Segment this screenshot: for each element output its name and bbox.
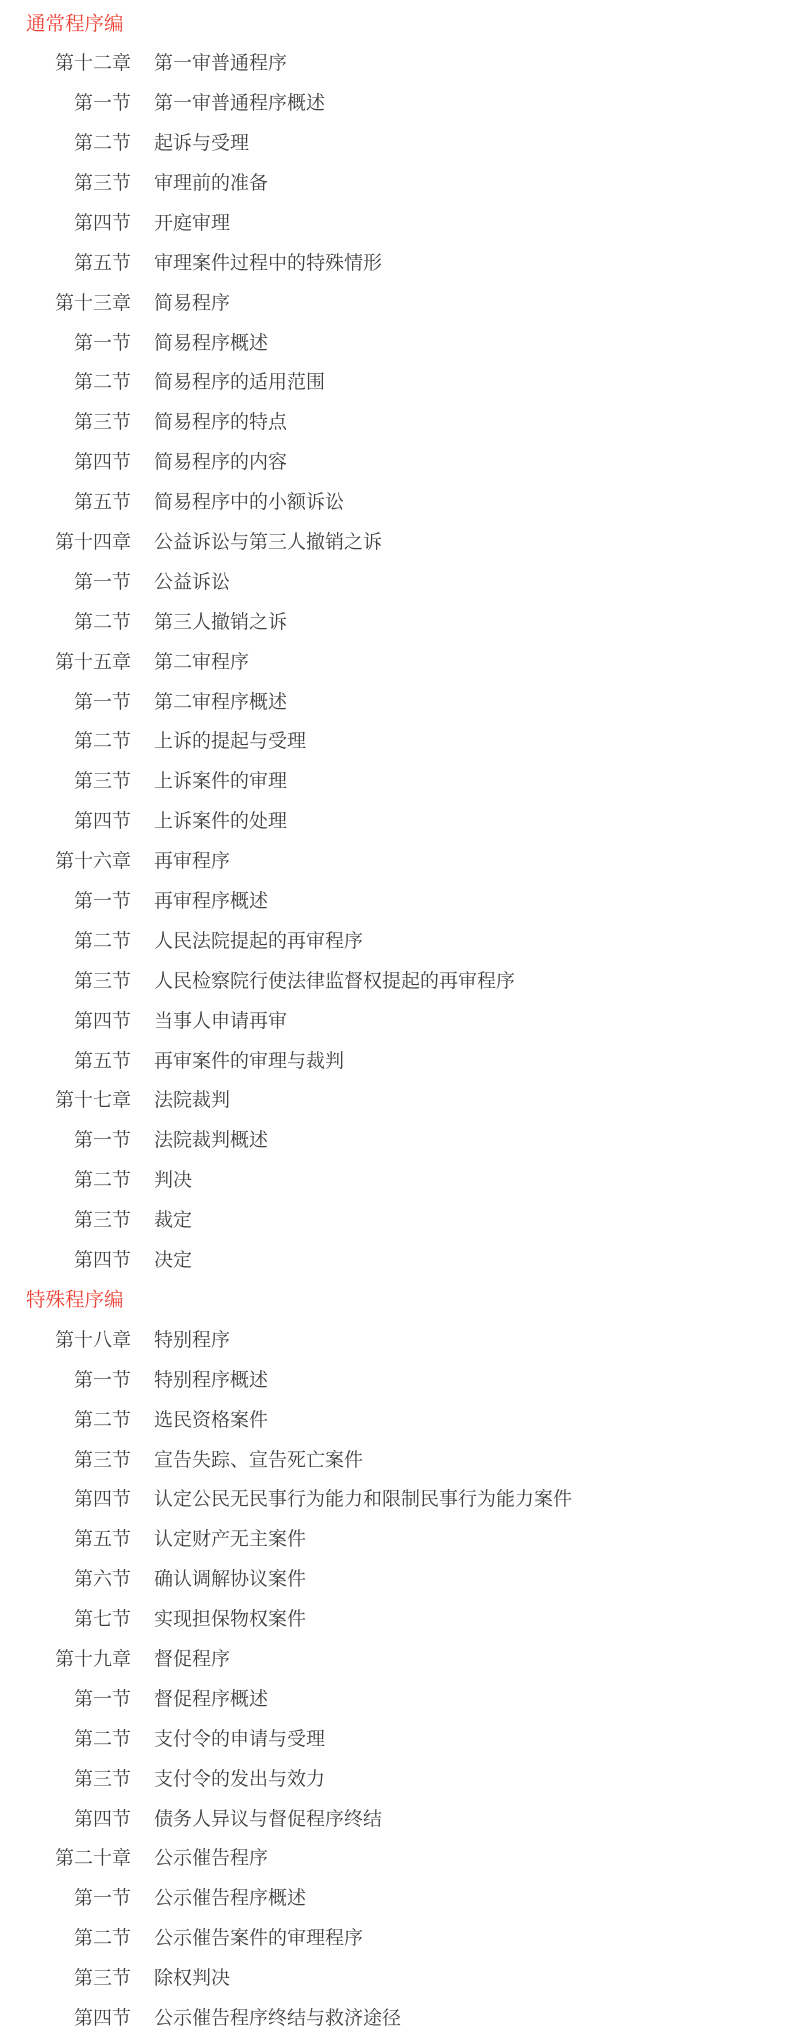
entry-number-label: 第二节 <box>0 1165 131 1192</box>
entry-title: 人民法院提起的再审程序 <box>154 926 363 953</box>
toc-section-row: 第五节 再审案件的审理与裁判 <box>0 1039 789 1079</box>
entry-number-label: 第三节 <box>0 766 131 793</box>
entry-title: 支付令的申请与受理 <box>154 1724 325 1751</box>
entry-number-label: 第一节 <box>0 687 131 714</box>
entry-number-label: 第一节 <box>0 1883 131 1910</box>
entry-title: 裁定 <box>154 1205 192 1232</box>
entry-title: 第二审程序概述 <box>154 687 287 714</box>
entry-number-label: 第十四章 <box>0 527 131 554</box>
entry-number-label: 第三节 <box>0 966 131 993</box>
entry-title: 公益诉讼 <box>154 567 230 594</box>
entry-title: 再审案件的审理与裁判 <box>154 1046 344 1073</box>
entry-title: 第一审普通程序概述 <box>154 88 325 115</box>
entry-number-label: 第十五章 <box>0 647 131 674</box>
entry-title: 简易程序概述 <box>154 328 268 355</box>
toc-section-row: 第二节 人民法院提起的再审程序 <box>0 919 789 959</box>
entry-title: 人民检察院行使法律监督权提起的再审程序 <box>154 966 515 993</box>
entry-number-label: 第六节 <box>0 1564 131 1591</box>
entry-title: 特别程序 <box>154 1325 230 1352</box>
entry-title: 债务人异议与督促程序终结 <box>154 1804 382 1831</box>
entry-title: 起诉与受理 <box>154 128 249 155</box>
entry-number-label: 第二十章 <box>0 1843 131 1870</box>
toc-section-row: 第三节 支付令的发出与效力 <box>0 1757 789 1797</box>
toc-section-row: 第一节 法院裁判概述 <box>0 1119 789 1159</box>
entry-title: 公示催告程序 <box>154 1843 268 1870</box>
entry-number-label: 第十八章 <box>0 1325 131 1352</box>
toc-section-row: 第三节 上诉案件的审理 <box>0 760 789 800</box>
toc-section-row: 第七节 实现担保物权案件 <box>0 1598 789 1638</box>
entry-number-label: 第五节 <box>0 487 131 514</box>
entry-number-label: 第三节 <box>0 168 131 195</box>
toc-chapter-row: 第十七章 法院裁判 <box>0 1079 789 1119</box>
entry-number-label: 第二节 <box>0 1405 131 1432</box>
toc-section-row: 第四节 上诉案件的处理 <box>0 800 789 840</box>
toc-section-row: 第二节 第三人撤销之诉 <box>0 600 789 640</box>
toc-section-row: 第三节 审理前的准备 <box>0 162 789 202</box>
entry-title: 实现担保物权案件 <box>154 1604 306 1631</box>
entry-number-label: 第十七章 <box>0 1085 131 1112</box>
toc-section-row: 第四节 决定 <box>0 1239 789 1279</box>
entry-number-label: 第四节 <box>0 2003 131 2030</box>
toc-part-heading: 通常程序编 <box>0 2 789 42</box>
entry-number-label: 第二节 <box>0 128 131 155</box>
toc-section-row: 第一节 再审程序概述 <box>0 880 789 920</box>
toc-section-row: 第三节 简易程序的特点 <box>0 401 789 441</box>
entry-title: 督促程序 <box>154 1644 230 1671</box>
toc-section-row: 第三节 裁定 <box>0 1199 789 1239</box>
entry-number-label: 第十九章 <box>0 1644 131 1671</box>
entry-number-label: 第一节 <box>0 328 131 355</box>
toc-section-row: 第四节 公示催告程序终结与救济途径 <box>0 1997 789 2037</box>
toc-chapter-row: 第十四章 公益诉讼与第三人撤销之诉 <box>0 521 789 561</box>
entry-number-label: 第四节 <box>0 1006 131 1033</box>
entry-number-label: 第三节 <box>0 1205 131 1232</box>
entry-title: 再审程序概述 <box>154 886 268 913</box>
entry-number-label: 第四节 <box>0 208 131 235</box>
entry-number-label: 第一节 <box>0 88 131 115</box>
toc-section-row: 第四节 当事人申请再审 <box>0 999 789 1039</box>
entry-number-label: 第五节 <box>0 1046 131 1073</box>
toc-section-row: 第六节 确认调解协议案件 <box>0 1558 789 1598</box>
entry-number-label: 第三节 <box>0 1764 131 1791</box>
entry-number-label: 第五节 <box>0 1524 131 1551</box>
entry-number-label: 第三节 <box>0 1963 131 1990</box>
toc-section-row: 第一节 公示催告程序概述 <box>0 1877 789 1917</box>
entry-title: 督促程序概述 <box>154 1684 268 1711</box>
entry-title: 特别程序概述 <box>154 1365 268 1392</box>
entry-number-label: 第五节 <box>0 248 131 275</box>
entry-title: 公示催告程序终结与救济途径 <box>154 2003 401 2030</box>
entry-number-label: 第十三章 <box>0 288 131 315</box>
entry-title: 当事人申请再审 <box>154 1006 287 1033</box>
entry-title: 开庭审理 <box>154 208 230 235</box>
toc-section-row: 第五节 审理案件过程中的特殊情形 <box>0 241 789 281</box>
part-title: 特殊程序编 <box>26 1284 124 1312</box>
entry-title: 公示催告案件的审理程序 <box>154 1923 363 1950</box>
entry-number-label: 第一节 <box>0 1684 131 1711</box>
entry-title: 法院裁判概述 <box>154 1125 268 1152</box>
entry-title: 认定公民无民事行为能力和限制民事行为能力案件 <box>154 1484 572 1511</box>
toc-chapter-row: 第十八章 特别程序 <box>0 1318 789 1358</box>
table-of-contents: 通常程序编 第十二章 第一审普通程序 第一节 第一审普通程序概述 第二节 起诉与… <box>0 0 789 2036</box>
toc-chapter-row: 第十六章 再审程序 <box>0 840 789 880</box>
toc-section-row: 第一节 督促程序概述 <box>0 1677 789 1717</box>
entry-number-label: 第二节 <box>0 1923 131 1950</box>
entry-number-label: 第二节 <box>0 1724 131 1751</box>
entry-title: 上诉案件的处理 <box>154 806 287 833</box>
entry-title: 审理前的准备 <box>154 168 268 195</box>
toc-chapter-row: 第十二章 第一审普通程序 <box>0 42 789 82</box>
entry-number-label: 第十二章 <box>0 48 131 75</box>
toc-section-row: 第二节 选民资格案件 <box>0 1398 789 1438</box>
entry-title: 确认调解协议案件 <box>154 1564 306 1591</box>
toc-section-row: 第一节 第一审普通程序概述 <box>0 82 789 122</box>
toc-section-row: 第四节 简易程序的内容 <box>0 441 789 481</box>
entry-number-label: 第二节 <box>0 726 131 753</box>
entry-title: 上诉的提起与受理 <box>154 726 306 753</box>
toc-section-row: 第四节 债务人异议与督促程序终结 <box>0 1797 789 1837</box>
entry-title: 再审程序 <box>154 846 230 873</box>
entry-number-label: 第一节 <box>0 886 131 913</box>
toc-part-heading: 特殊程序编 <box>0 1279 789 1319</box>
toc-section-row: 第二节 公示催告案件的审理程序 <box>0 1917 789 1957</box>
toc-section-row: 第三节 人民检察院行使法律监督权提起的再审程序 <box>0 959 789 999</box>
entry-number-label: 第二节 <box>0 607 131 634</box>
entry-number-label: 第四节 <box>0 1245 131 1272</box>
entry-title: 除权判决 <box>154 1963 230 1990</box>
toc-section-row: 第二节 简易程序的适用范围 <box>0 361 789 401</box>
toc-section-row: 第一节 特别程序概述 <box>0 1358 789 1398</box>
toc-section-row: 第四节 开庭审理 <box>0 201 789 241</box>
toc-section-row: 第一节 第二审程序概述 <box>0 680 789 720</box>
entry-number-label: 第三节 <box>0 407 131 434</box>
toc-section-row: 第二节 支付令的申请与受理 <box>0 1717 789 1757</box>
toc-section-row: 第三节 宣告失踪、宣告死亡案件 <box>0 1438 789 1478</box>
entry-title: 简易程序的特点 <box>154 407 287 434</box>
toc-section-row: 第一节 简易程序概述 <box>0 321 789 361</box>
entry-title: 公示催告程序概述 <box>154 1883 306 1910</box>
entry-title: 决定 <box>154 1245 192 1272</box>
entry-title: 支付令的发出与效力 <box>154 1764 325 1791</box>
entry-title: 第三人撤销之诉 <box>154 607 287 634</box>
entry-title: 简易程序中的小额诉讼 <box>154 487 344 514</box>
entry-number-label: 第二节 <box>0 926 131 953</box>
entry-title: 选民资格案件 <box>154 1405 268 1432</box>
entry-number-label: 第三节 <box>0 1445 131 1472</box>
toc-section-row: 第二节 起诉与受理 <box>0 122 789 162</box>
entry-number-label: 第四节 <box>0 806 131 833</box>
toc-chapter-row: 第十三章 简易程序 <box>0 281 789 321</box>
toc-section-row: 第五节 认定财产无主案件 <box>0 1518 789 1558</box>
entry-title: 法院裁判 <box>154 1085 230 1112</box>
entry-title: 上诉案件的审理 <box>154 766 287 793</box>
entry-number-label: 第一节 <box>0 1125 131 1152</box>
entry-title: 审理案件过程中的特殊情形 <box>154 248 382 275</box>
entry-number-label: 第一节 <box>0 567 131 594</box>
toc-chapter-row: 第十九章 督促程序 <box>0 1638 789 1678</box>
entry-number-label: 第四节 <box>0 1804 131 1831</box>
entry-title: 宣告失踪、宣告死亡案件 <box>154 1445 363 1472</box>
entry-number-label: 第一节 <box>0 1365 131 1392</box>
toc-section-row: 第二节 判决 <box>0 1159 789 1199</box>
toc-chapter-row: 第二十章 公示催告程序 <box>0 1837 789 1877</box>
toc-section-row: 第三节 除权判决 <box>0 1957 789 1997</box>
toc-section-row: 第二节 上诉的提起与受理 <box>0 720 789 760</box>
toc-section-row: 第四节 认定公民无民事行为能力和限制民事行为能力案件 <box>0 1478 789 1518</box>
entry-title: 简易程序的适用范围 <box>154 367 325 394</box>
entry-title: 第二审程序 <box>154 647 249 674</box>
entry-title: 认定财产无主案件 <box>154 1524 306 1551</box>
part-title: 通常程序编 <box>26 8 124 36</box>
entry-number-label: 第四节 <box>0 447 131 474</box>
entry-title: 第一审普通程序 <box>154 48 287 75</box>
entry-number-label: 第十六章 <box>0 846 131 873</box>
entry-title: 公益诉讼与第三人撤销之诉 <box>154 527 382 554</box>
toc-chapter-row: 第十五章 第二审程序 <box>0 640 789 680</box>
entry-number-label: 第四节 <box>0 1484 131 1511</box>
entry-title: 判决 <box>154 1165 192 1192</box>
entry-number-label: 第二节 <box>0 367 131 394</box>
toc-section-row: 第五节 简易程序中的小额诉讼 <box>0 481 789 521</box>
entry-title: 简易程序的内容 <box>154 447 287 474</box>
entry-number-label: 第七节 <box>0 1604 131 1631</box>
entry-title: 简易程序 <box>154 288 230 315</box>
toc-section-row: 第一节 公益诉讼 <box>0 560 789 600</box>
